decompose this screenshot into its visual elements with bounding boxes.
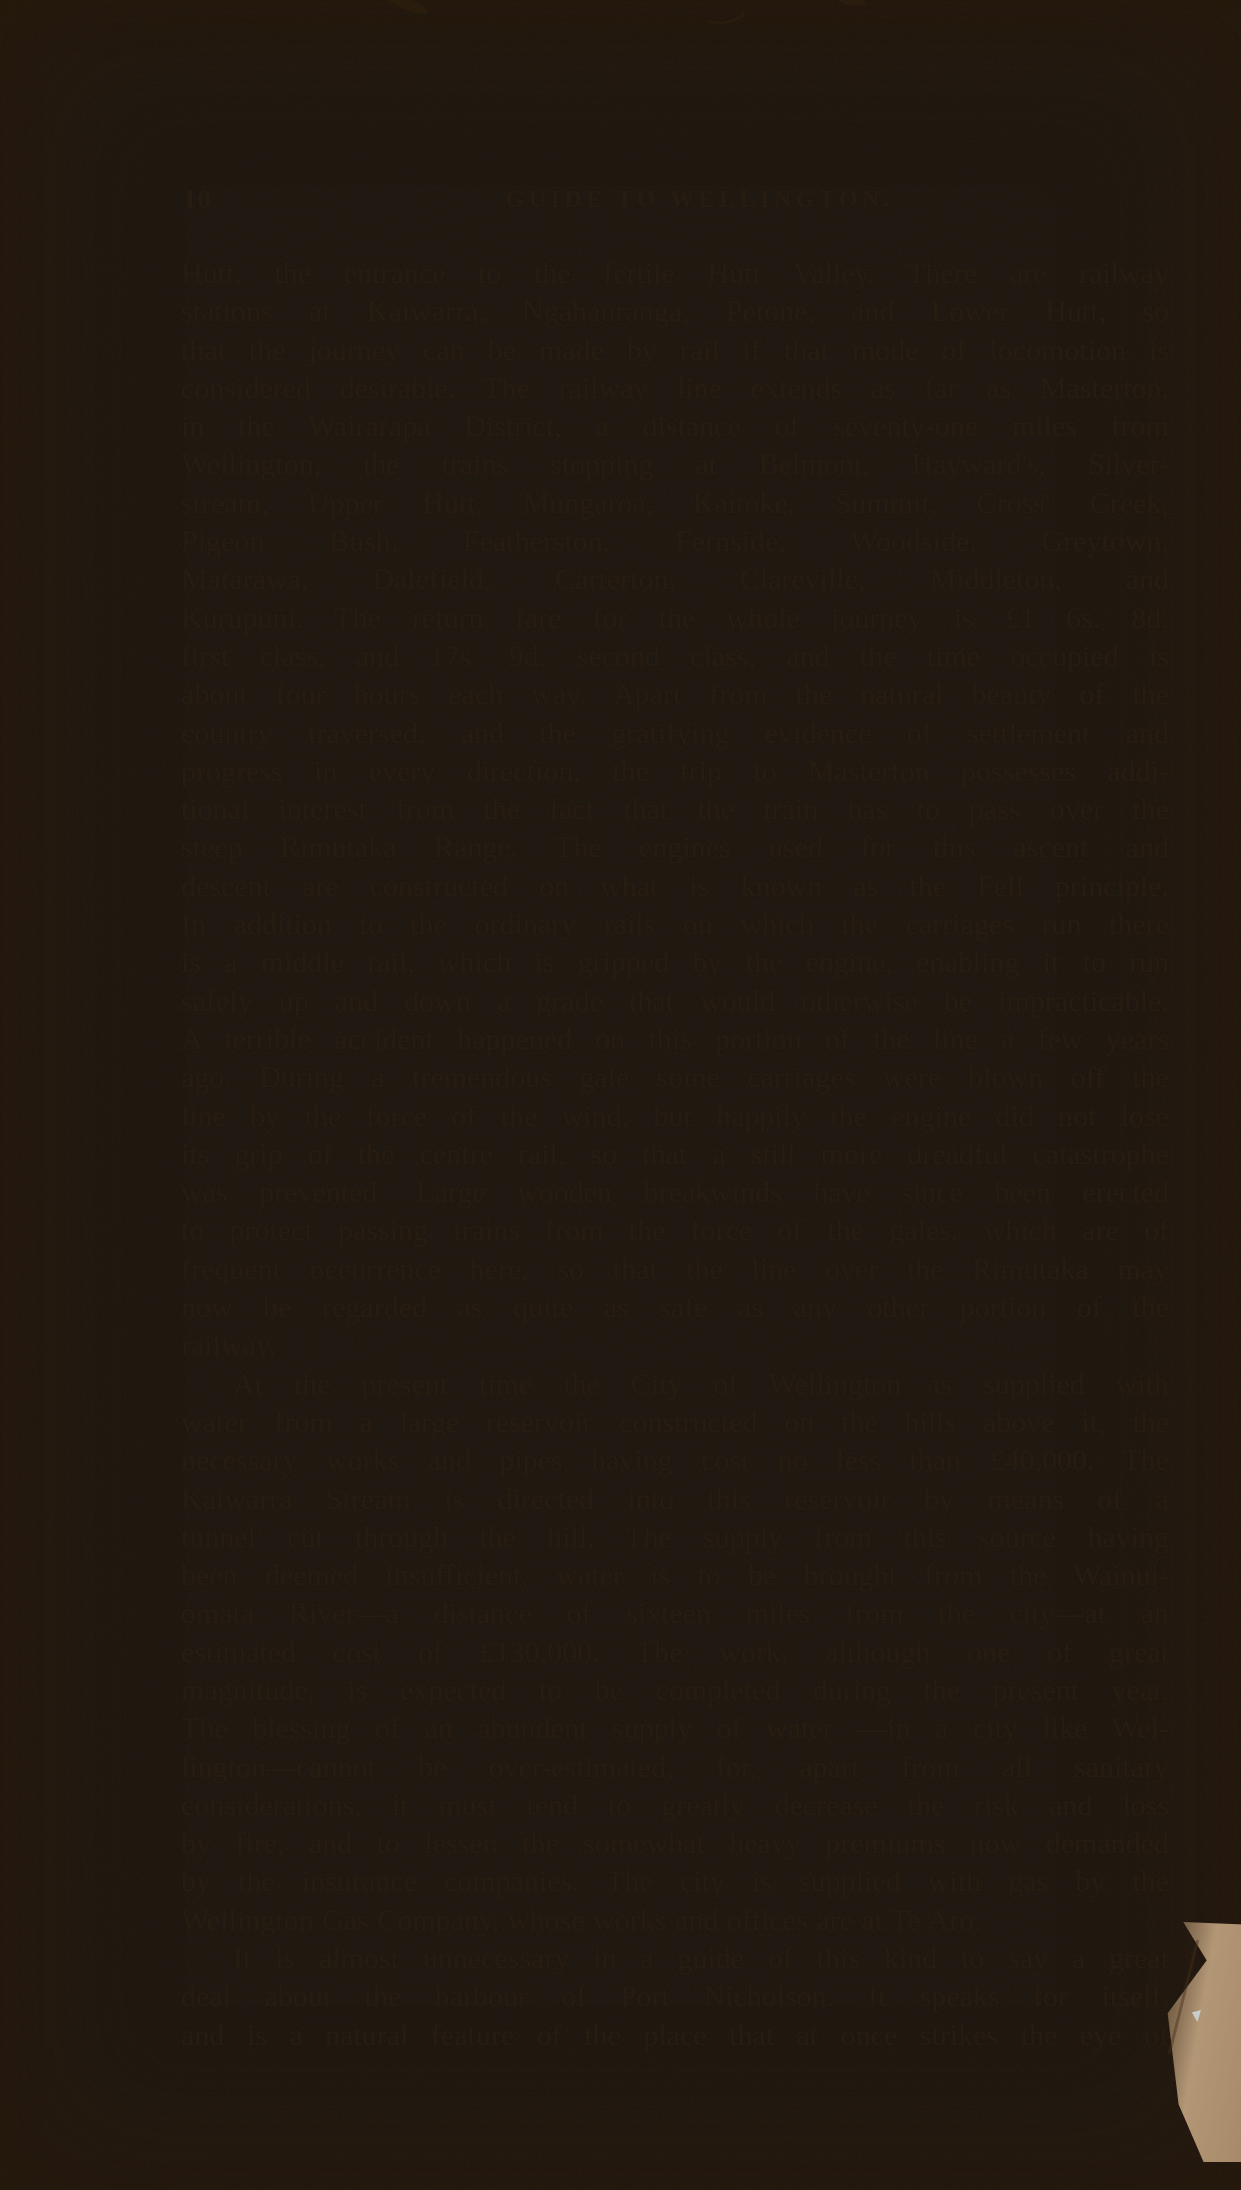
scan-squiggle-mark bbox=[695, 0, 753, 29]
text-line: Matarawa, Dalefield, Carterton, Clarevil… bbox=[181, 561, 1169, 599]
text-line: Pigeon Bush, Featherston, Fernside, Wood… bbox=[181, 523, 1169, 561]
text-line: frequent occurrence here, so that the li… bbox=[181, 1251, 1169, 1289]
text-line: steep Rimutaka Range. The engines used f… bbox=[181, 829, 1169, 867]
text-line: deal about the harbour of Port Nicholson… bbox=[181, 1978, 1169, 2016]
scanned-book-page: 10 GUIDE TO WELLINGTON. Hutt, the entran… bbox=[0, 0, 1241, 2190]
text-line: In addition to the ordinary rails on whi… bbox=[181, 906, 1169, 944]
text-line: country traversed, and the gratifying ev… bbox=[181, 715, 1169, 753]
text-line: stations at Kaiwarra, Ngahauranga, Peton… bbox=[181, 293, 1169, 331]
text-line: At the present time the City of Wellingt… bbox=[181, 1366, 1169, 1404]
text-line: estimated cost of £130,000. The work, al… bbox=[181, 1634, 1169, 1672]
text-line: tional interest from the fact that the t… bbox=[181, 791, 1169, 829]
text-line: descent are constructed on what is known… bbox=[181, 868, 1169, 906]
text-line: A terrible accident happened on this por… bbox=[181, 1021, 1169, 1059]
text-line: about four hours each way. Apart from th… bbox=[181, 676, 1169, 714]
text-line: line by the force of the wind, but happi… bbox=[181, 1098, 1169, 1136]
text-line: considered desirable. The railway line e… bbox=[181, 370, 1169, 408]
text-line: ago. During a tremendous gale some carri… bbox=[181, 1059, 1169, 1097]
text-line: by fire, and to lessen the somewhat heav… bbox=[181, 1825, 1169, 1863]
text-line: to protect passing trains from the force… bbox=[181, 1212, 1169, 1250]
text-line: been deemed insufficient, water is to be… bbox=[181, 1557, 1169, 1595]
text-line: railway. bbox=[181, 1327, 1169, 1365]
page-number: 10 bbox=[183, 184, 212, 215]
text-line: by the insurance companies. The city is … bbox=[181, 1863, 1169, 1901]
text-line: necessary works and pipes having cost no… bbox=[181, 1442, 1169, 1480]
text-line: first class, and 17s. 9d. second class, … bbox=[181, 638, 1169, 676]
text-line: safely up and down a grade that would ot… bbox=[181, 983, 1169, 1021]
text-line: now be regarded as quite as safe as any … bbox=[181, 1289, 1169, 1327]
scan-smudge-mark bbox=[372, 0, 430, 18]
text-line: its grip of the centre rail, so that a s… bbox=[181, 1136, 1169, 1174]
text-block: Hutt, the entrance to the fertile Hutt V… bbox=[181, 255, 1169, 2055]
text-line: omata River—a distance of sixteen miles … bbox=[181, 1595, 1169, 1633]
text-line: The blessing of an abundent supply of wa… bbox=[181, 1710, 1169, 1748]
text-line: that the journey can be made by rail if … bbox=[181, 332, 1169, 370]
text-line: water from a large reservoir constructed… bbox=[181, 1404, 1169, 1442]
text-line: It is almost unnecessary in a guide of t… bbox=[181, 1940, 1169, 1978]
text-line: Wellington, the trains stopping at Belmo… bbox=[181, 446, 1169, 484]
page-edge-tear bbox=[1163, 1922, 1241, 2162]
text-line: Hutt, the entrance to the fertile Hutt V… bbox=[181, 255, 1169, 293]
text-line: lington—cannot be over-estimated, for, a… bbox=[181, 1749, 1169, 1787]
text-line: stream, Upper Hutt, Mungaroa, Kaitoke, S… bbox=[181, 485, 1169, 523]
running-header-title: GUIDE TO WELLINGTON. bbox=[506, 187, 895, 214]
text-line: and is a natural feature of the place th… bbox=[181, 2017, 1169, 2055]
text-line: progress in every direction, the trip to… bbox=[181, 753, 1169, 791]
scan-smudge-mark bbox=[835, 0, 866, 8]
text-line: is a middle rail, which is gripped by th… bbox=[181, 944, 1169, 982]
text-line: was prevented. Large wooden breakwinds h… bbox=[181, 1174, 1169, 1212]
text-line: magnitude, is expected to be completed d… bbox=[181, 1672, 1169, 1710]
text-line: in the Wairarapa District, a distance of… bbox=[181, 408, 1169, 446]
text-line: Kurupuni. The return fare for the whole … bbox=[181, 600, 1169, 638]
text-line: tunnel cut through the hill, The supply … bbox=[181, 1519, 1169, 1557]
text-line: Wellington Gas Company, whose works and … bbox=[181, 1902, 1169, 1940]
text-line: considerations, it must tend to greatly … bbox=[181, 1787, 1169, 1825]
text-line: Kaiwarra Stream is directed into this re… bbox=[181, 1481, 1169, 1519]
